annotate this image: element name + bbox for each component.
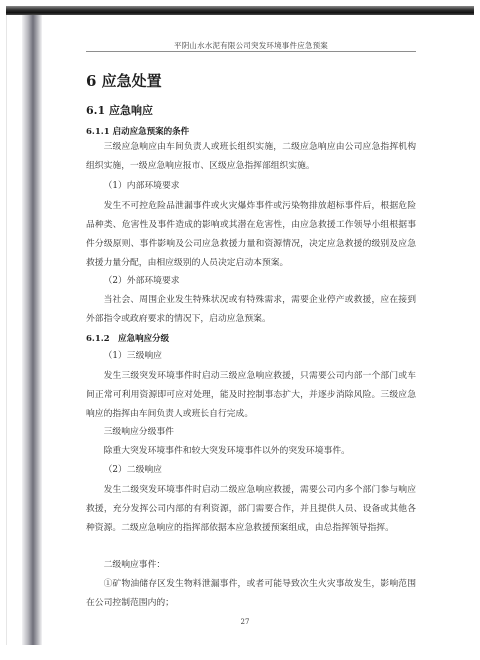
heading-level2-response: （2）二级响应 xyxy=(86,461,434,480)
heading-level3-events: 三级响应分级事件 xyxy=(86,423,434,442)
chapter-title: 6 应急处置 xyxy=(86,70,162,91)
paragraph-response-levels: 三级应急响应由车间负责人或班长组织实施，二级应急响应由公司应急指挥机构组织实施，… xyxy=(86,138,416,176)
paragraph-level2-response: 发生二级突发环境事件时启动二级应急响应救援，需要公司内多个部门参与响应救援，充分… xyxy=(86,481,416,538)
heading-level2-events: 二级响应事件： xyxy=(86,556,434,575)
running-header: 平阴山水水泥有限公司突发环境事件应急预案 xyxy=(86,40,416,51)
header-rule xyxy=(86,51,416,52)
paragraph-external-requirements: 当社会、周围企业发生特殊状况或有特殊需求，需要企业停产或救援，应在接到外部指令或… xyxy=(86,291,416,329)
section-title-6-1: 6.1 应急响应 xyxy=(86,102,153,118)
subsection-title-6-1-1: 6.1.1 启动应急预案的条件 xyxy=(86,125,189,137)
list-item-level2-event-1: ①矿物油储存区发生物料泄漏事件，或者可能导致次生火灾事故发生，影响范围在公司控制… xyxy=(86,575,416,613)
document-page: 平阴山水水泥有限公司突发环境事件应急预案 6 应急处置 6.1 应急响应 6.1… xyxy=(0,0,480,660)
paragraph-level3-response: 发生三级突发环境事件时启动三级应急响应救援，只需要公司内部一个部门或车间正常可利… xyxy=(86,367,416,424)
subsection-title-6-1-2: 6.1.2 应急响应分级 xyxy=(86,332,169,344)
paragraph-level3-events: 除重大突发环境事件和较大突发环境事件以外的突发环境事件。 xyxy=(86,442,416,461)
page-number: 27 xyxy=(0,618,480,626)
paragraph-internal-requirements: 发生不可控危险品泄漏事件或火灾爆炸事件或污染物排放超标事件后，根据危险品种类、危… xyxy=(86,197,416,273)
heading-internal-requirements: （1）内部环境要求 xyxy=(86,177,434,196)
heading-level3-response: （1）三级响应 xyxy=(86,347,434,366)
heading-external-requirements: （2）外部环境要求 xyxy=(86,272,434,291)
